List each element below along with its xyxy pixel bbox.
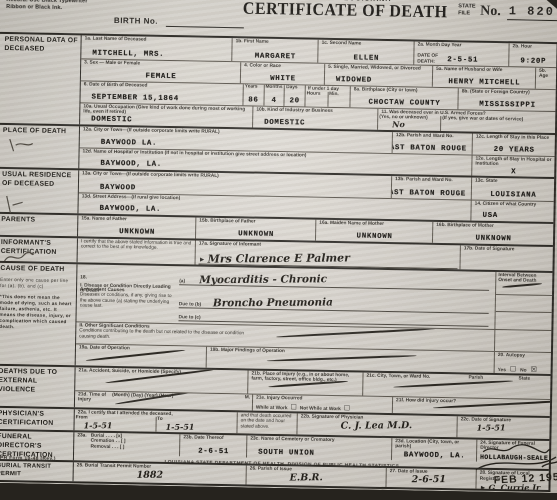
field-major-findings: 19b. Major Findings of Operation	[206, 347, 494, 373]
industry-value: DOMESTIC	[256, 119, 375, 130]
cause-note-one: Enter only one cause per line for (a), (…	[0, 277, 74, 290]
cause-a-label: (a)	[179, 279, 185, 284]
injury-city-label: 21c. City, Town, or Ward No.	[366, 374, 468, 381]
injury-occurred-label: 21e. Injury Occurred	[256, 396, 390, 404]
cause-note-two: *This does not mean the mode of dying, s…	[0, 294, 74, 331]
injury-location-pen-stroke	[393, 380, 513, 388]
occupation-value: DOMESTIC	[83, 115, 250, 127]
section-label-cause-of-death: CAUSE OF DEATH Enter only one cause per …	[0, 263, 78, 366]
field-race-label: 4. Color or Race	[244, 63, 322, 70]
section-label-informant: INFORMANT'S CERTIFICATION	[0, 237, 78, 263]
section-label-external-violence: DEATHS DUE TO EXTERNAL VIOLENCE	[0, 366, 76, 408]
injury-state-label: State	[518, 376, 548, 382]
field-parish-of-issue: 26. Parish of Issue E.B.R.	[245, 466, 385, 488]
physician-statement-text: and that death occurred on the date and …	[241, 413, 295, 430]
field-how-injury-occurred: 21f. How did injury occur?	[392, 397, 550, 416]
mother-birthplace-label: 16b. Birthplace of Mother	[436, 223, 551, 230]
field-date-of-death-col-label: 2a. Month Day Year	[418, 43, 507, 50]
informant-date-label: 17b. Date of Signature	[464, 246, 551, 253]
residence-parish-label: 13b. Parish and Ward No.	[395, 177, 469, 184]
autopsy-label: 20. Autopsy	[498, 353, 549, 359]
field-first-name-label: 1b. First Name	[236, 39, 316, 46]
citizenship-value: USA	[474, 212, 551, 222]
field-sex-label: 3. Sex — Male or Female	[84, 60, 238, 68]
armed-forces-value: No	[392, 119, 405, 129]
mother-birthplace-value: UNKNOWN	[436, 234, 551, 245]
field-marital-label: 5. Single, Married, Widowed, or Divorced	[328, 65, 430, 72]
section-personal-data: PERSONAL DATA OF DECEASED 1a. Last Name …	[0, 34, 557, 135]
cemetery-label: 23c. Name of Cemetery or Crematory	[250, 437, 389, 445]
field-hospital-stay: 12e. Length of Stay in Hospital or Insti…	[471, 156, 554, 178]
pointer-icon: ►	[199, 257, 206, 264]
while-at-work-label: While at Work	[256, 405, 288, 411]
cause-c-label: Due to (c)	[178, 315, 200, 321]
interval-empty-cell	[494, 330, 551, 352]
physician-statement: and that death occurred on the date and …	[236, 412, 296, 434]
field-last-name-label: 1a. Last Name of Deceased	[85, 36, 230, 44]
state-file-label: STATE FILE	[458, 4, 478, 17]
cause-b-label: Due to (b)	[179, 302, 201, 308]
not-while-at-work-label: Not While at Work	[300, 406, 341, 412]
registrar-pointer-icon: ►	[479, 485, 486, 491]
age-years-label: Years	[245, 84, 263, 90]
cemetery-location-value: BAYWOOD, LA.	[395, 451, 474, 461]
birthplace-state-label: 8b. (State or Foreign Country)	[462, 89, 554, 96]
field-spouse-label: 5a. Name of Husband or Wife	[436, 67, 533, 74]
antecedent-causes-subtext: Diseases or conditions, if any, giving r…	[80, 293, 175, 311]
while-at-work-checkbox: ☐	[290, 404, 296, 411]
field-first-name: 1b. First Name MARGARET	[231, 38, 317, 63]
citizenship-label: 14. Citizen of what Country	[475, 202, 552, 209]
cause-b-value: Broncho Pneumonia	[213, 296, 333, 309]
field-second-name: 1c. Second Name ELLEN	[317, 40, 413, 65]
section-cause-of-death: CAUSE OF DEATH Enter only one cause per …	[0, 263, 552, 376]
autopsy-no-label: No	[520, 368, 527, 373]
field-hour-of-death: 2b. Hour 9:20P	[508, 43, 556, 67]
field-accident-suicide-homicide: 21a. Accident, Suicide, or Homicide (Spe…	[75, 367, 247, 393]
field-physician-date: 22c. Date of Signature 1-5-51	[456, 416, 549, 439]
findings-pen-stroke	[267, 355, 417, 362]
field-injury-location: 21c. City, Town, or Ward No. Parish Stat…	[362, 373, 550, 399]
time-meridiem-label: M.	[245, 395, 251, 406]
permanent-record-notice: IMPORTANT! This is a Permanent Record. U…	[6, 0, 102, 12]
field-informant-date: 17b. Date of Signature	[459, 245, 552, 271]
field-physician-signature: 22b. Signature of Physician C. J. Lea M.…	[296, 413, 456, 437]
birth-no-blank-line	[166, 26, 244, 28]
mother-name-value: UNKNOWN	[319, 232, 430, 243]
section-label-parents: PARENTS	[0, 214, 78, 237]
field-time-of-injury: 21d. Time of Injury (Month) (Day) (Year)…	[75, 391, 252, 410]
section-label-usual-residence: USUAL RESIDENCE OF DECEASED	[0, 169, 79, 214]
field-residence-state: 13c. State LOUISIANA	[471, 178, 554, 202]
field-date-of-birth: 6. Date of Birth of Deceased SEPTEMBER 1…	[80, 81, 242, 105]
field-father-name: 15a. Name of Father UNKNOWN	[78, 215, 195, 238]
certificate-form-grid: PERSONAL DATA OF DECEASED 1a. Last Name …	[0, 32, 557, 493]
field-informant-signature: 17a. Signature of Informant ► Mrs Claren…	[195, 240, 460, 269]
hours-label: Hours	[307, 92, 327, 98]
cause-of-death-title: CAUSE OF DEATH	[0, 265, 74, 275]
file-number-value: 1 820	[507, 4, 557, 21]
field-spouse-age-label: 5b. Age	[539, 69, 554, 80]
section-label-burial-transit: BURIAL TRANSIT PERMIT	[0, 461, 74, 482]
field-birthplace-state: 8b. (State or Foreign Country) MISSISSIP…	[457, 88, 555, 111]
birthplace-city-label: 8a. Birthplace (City or town)	[354, 87, 456, 94]
field-injury-occurred: 21e. Injury Occurred While at Work ☐ Not…	[252, 395, 392, 414]
father-birthplace-label: 15b. Birthplace of Father	[199, 219, 313, 226]
section-label-physician: PHYSICIAN'S CERTIFICATION	[0, 408, 75, 431]
death-parish-label: 12b. Parish and Ward No.	[396, 133, 470, 140]
informant-signature-value: Mrs Clarence E Palmer	[208, 251, 350, 265]
attended-to-value: 1-5-51	[165, 421, 236, 432]
field-autopsy: 20. Autopsy Yes ☐ No ☒	[494, 352, 551, 374]
field-cemetery: 23c. Name of Cemetery or Crematory SOUTH…	[246, 435, 391, 460]
field-dob-label: 6. Date of Birth of Deceased	[84, 82, 241, 90]
industry-label: 10b. Kind of Industry or Business	[256, 108, 375, 116]
field-disposition-date: 23b. Date Thereof 2-6-51	[179, 434, 246, 457]
state-file-number-block: STATE FILE No. 1 820	[458, 3, 557, 21]
cause-item-number: 18.	[80, 275, 87, 280]
age-months-label: Months	[265, 85, 283, 91]
field-under-one-day: If under 1 day Hours Min.	[304, 85, 349, 107]
field-place-of-injury: 21b. Place of Injury (e.g., in or about …	[247, 370, 362, 395]
field-date-of-issue: 27. Date of Issue 2-6-51	[385, 468, 475, 489]
field-date-of-operation: 19a. Date of Operation	[76, 344, 206, 367]
certificate-title: CERTIFICATE OF DEATH	[240, 0, 450, 23]
father-birthplace-value: UNKNOWN	[199, 230, 313, 241]
autopsy-yes-checkbox: ☐	[510, 366, 516, 373]
armed-forces-war-label: (If yes, give war or dates of service)	[442, 116, 554, 123]
length-of-stay-label: 12c. Length of Stay in this Place	[476, 135, 553, 142]
autopsy-no-checkbox: ☒	[531, 367, 537, 374]
field-attended-dates: 22a. I certify that I attended the decea…	[74, 409, 236, 433]
field-spouse-age: 5b. Age	[535, 68, 556, 89]
residence-state-label: 13c. State	[475, 179, 552, 186]
birth-no-label: BIRTH No.	[114, 16, 158, 26]
field-cemetery-location: 23d. Location (City, town, or parish) BA…	[391, 438, 476, 462]
funeral-signature-label: 24. Signature of Funeral Director	[480, 441, 548, 453]
attended-from-value: 1-5-51	[84, 420, 155, 431]
field-length-of-stay: 12c. Length of Stay in this Place 20 YEA…	[472, 134, 555, 157]
physician-date-value: 1-5-51	[477, 422, 548, 433]
not-while-at-work-checkbox: ☐	[344, 405, 350, 412]
field-age: Years86 Months4 Days20	[242, 84, 304, 106]
mother-name-label: 16a. Maiden Name of Mother	[319, 221, 430, 228]
field-permit-number: 25. Burial Transit Permit Number 1882	[74, 463, 246, 485]
minutes-label: Min.	[329, 92, 349, 98]
field-second-name-label: 1c. Second Name	[322, 41, 412, 48]
field-last-name: 1a. Last Name of Deceased MITCHELL, MRS.	[81, 35, 231, 61]
field-hour-label: 2b. Hour	[513, 44, 555, 50]
file-no-label: No.	[480, 4, 501, 20]
age-months-value: 4	[265, 97, 283, 106]
date-of-issue-value: 2-6-51	[412, 474, 474, 485]
field-citizenship: 14. Citizen of what Country USA	[470, 201, 553, 223]
field-funeral-signature: 24. Signature of Funeral Director HOLLAB…	[476, 440, 551, 463]
field-residence-parish: 13b. Parish and Ward No. EAST BATON ROUG…	[391, 176, 471, 199]
father-name-value: UNKNOWN	[81, 227, 193, 238]
time-of-injury-label: 21d. Time of Injury	[78, 392, 112, 403]
age-days-value: 20	[286, 97, 304, 106]
removal-checkbox-line: Removal . . . [ ]	[90, 444, 125, 450]
informant-certify-statement: I certify that the above stated informat…	[78, 238, 195, 264]
field-spouse-name: 5a. Name of Husband or Wife HENRY MITCHE…	[432, 66, 535, 89]
permit-number-value: 1882	[137, 469, 244, 481]
disposition-date-value: 2-6-51	[183, 447, 244, 457]
disposition-date-label: 23b. Date Thereof	[183, 435, 244, 441]
field-sex: 3. Sex — Male or Female FEMALE	[81, 59, 240, 83]
field-armed-forces: 11. Was deceased ever in U.S. Armed Forc…	[377, 109, 555, 133]
cemetery-value: SOUTH UNION	[250, 449, 389, 461]
hospital-stay-value: X	[475, 167, 552, 177]
other-conditions-subtext: Conditions contributing to the death but…	[79, 329, 259, 343]
field-death-parish: 12b. Parish and Ward No. EAST BATON ROUG…	[392, 132, 472, 154]
field-occupation: 10a. Usual Occupation (Give kind of work…	[80, 103, 252, 127]
interval-column: Interval Between Onset and Death	[494, 272, 552, 330]
field-mother-name: 16a. Maiden Name of Mother UNKNOWN	[315, 220, 432, 243]
father-name-label: 15a. Name of Father	[81, 216, 193, 223]
field-father-birthplace: 15b. Birthplace of Father UNKNOWN	[195, 217, 315, 240]
parish-of-issue-value: E.B.R.	[290, 472, 384, 484]
cemetery-location-label: 23d. Location (City, town, or parish)	[395, 439, 474, 451]
armed-forces-yesno-label: (Yes, no or unknown)	[379, 115, 439, 121]
field-marital-status: 5. Single, Married, Widowed, or Divorced…	[324, 64, 432, 87]
cause-a-value: Myocarditis - Chronic	[199, 273, 327, 286]
age-years-value: 86	[244, 96, 262, 105]
disposition-number-label: 23a.	[77, 433, 87, 449]
interval-label: Interval Between Onset and Death	[498, 273, 550, 285]
section-label-personal-data: PERSONAL DATA OF DECEASED	[0, 34, 82, 125]
field-mother-birthplace: 16b. Birthplace of Mother UNKNOWN	[432, 222, 553, 245]
informant-certify-text: I certify that the above stated informat…	[81, 239, 193, 252]
field-race: 4. Color or Race WHITE	[240, 62, 324, 85]
death-certificate-document: IMPORTANT! This is a Permanent Record. U…	[0, 0, 557, 493]
field-date-of-death: 2a. Month Day Year DATE OF DEATH: 2-5-51	[413, 41, 508, 66]
age-days-label: Days	[286, 85, 304, 91]
autopsy-yes-label: Yes	[498, 368, 506, 374]
field-industry: 10b. Kind of Industry or Business DOMEST…	[252, 107, 377, 130]
section-label-place-of-death: PLACE OF DEATH	[0, 125, 80, 169]
physician-signature-value: C. J. Lea M.D.	[341, 420, 455, 432]
field-birthplace-city: 8a. Birthplace (City or town) CHOCTAW CO…	[349, 86, 457, 109]
funeral-firm-value: HOLLABAUGH-SEALE	[480, 454, 548, 463]
form-code: PH Form 10-48 (Rev.)	[0, 456, 56, 462]
date-of-death-label: DATE OF DEATH:	[417, 54, 443, 65]
field-disposition: 23a. Burial . . . . [x] Cremation . . [ …	[74, 432, 179, 456]
